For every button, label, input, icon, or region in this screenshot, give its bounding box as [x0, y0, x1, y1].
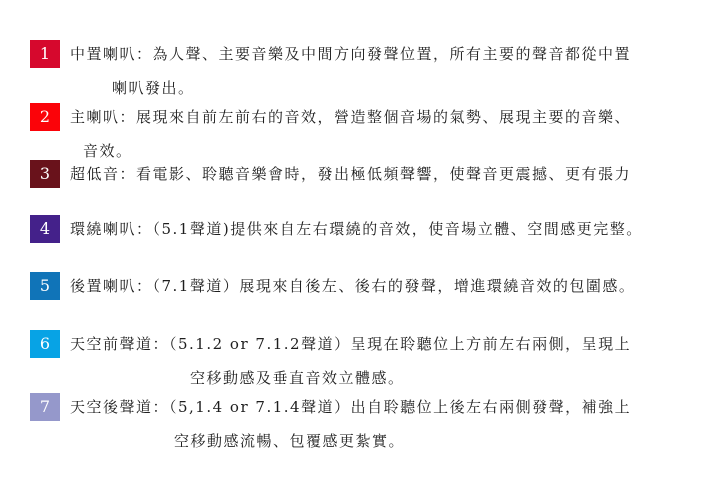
item-text: 天空後聲道：（5,1.4 or 7.1.4聲道）出自聆聽位上後左右兩側發聲，補強… — [70, 393, 670, 450]
item-number-badge: 3 — [30, 160, 60, 188]
item-text: 環繞喇叭：（5.1聲道)提供來自左右環繞的音效，使音場立體、空間感更完整。 — [70, 215, 670, 243]
item-line1: 中置喇叭：為人聲、主要音樂及中間方向發聲位置，所有主要的聲音都從中置 — [70, 40, 670, 68]
item-number-badge: 2 — [30, 103, 60, 131]
item-text: 主喇叭：展現來自前左前右的音效，營造整個音場的氣勢、展現主要的音樂、 音效。 — [70, 103, 670, 160]
item-number-badge: 5 — [30, 272, 60, 300]
item-line1: 後置喇叭：（7.1聲道）展現來自後左、後右的發聲，增進環繞音效的包圍感。 — [70, 272, 670, 300]
item-line1: 環繞喇叭：（5.1聲道)提供來自左右環繞的音效，使音場立體、空間感更完整。 — [70, 215, 670, 243]
item-line2: 音效。 — [83, 143, 670, 160]
document-page: 1 中置喇叭：為人聲、主要音樂及中間方向發聲位置，所有主要的聲音都從中置 喇叭發… — [0, 0, 720, 480]
item-line1: 主喇叭：展現來自前左前右的音效，營造整個音場的氣勢、展現主要的音樂、 — [70, 103, 670, 131]
item-line1: 天空後聲道：（5,1.4 or 7.1.4聲道）出自聆聽位上後左右兩側發聲，補強… — [70, 393, 670, 421]
item-number-badge: 7 — [30, 393, 60, 421]
item-number: 1 — [40, 46, 50, 62]
item-number-badge: 1 — [30, 40, 60, 68]
item-text: 中置喇叭：為人聲、主要音樂及中間方向發聲位置，所有主要的聲音都從中置 喇叭發出。 — [70, 40, 670, 97]
item-number: 7 — [40, 399, 50, 415]
item-number: 5 — [40, 278, 50, 294]
item-line2: 空移動感及垂直音效立體感。 — [190, 370, 670, 387]
item-number-badge: 4 — [30, 215, 60, 243]
item-text: 超低音：看電影、聆聽音樂會時，發出極低頻聲響，使聲音更震撼、更有張力 — [70, 160, 670, 188]
item-number: 3 — [40, 166, 50, 182]
item-number: 6 — [40, 336, 50, 352]
item-line1: 天空前聲道：（5.1.2 or 7.1.2聲道）呈現在聆聽位上方前左右兩側，呈現… — [70, 330, 670, 358]
item-number: 4 — [40, 221, 50, 237]
item-line2: 空移動感流暢、包覆感更紮實。 — [174, 433, 670, 450]
item-number-badge: 6 — [30, 330, 60, 358]
item-line2: 喇叭發出。 — [112, 80, 670, 97]
item-line1: 超低音：看電影、聆聽音樂會時，發出極低頻聲響，使聲音更震撼、更有張力 — [70, 160, 670, 188]
item-number: 2 — [40, 109, 50, 125]
item-text: 天空前聲道：（5.1.2 or 7.1.2聲道）呈現在聆聽位上方前左右兩側，呈現… — [70, 330, 670, 387]
item-text: 後置喇叭：（7.1聲道）展現來自後左、後右的發聲，增進環繞音效的包圍感。 — [70, 272, 670, 300]
